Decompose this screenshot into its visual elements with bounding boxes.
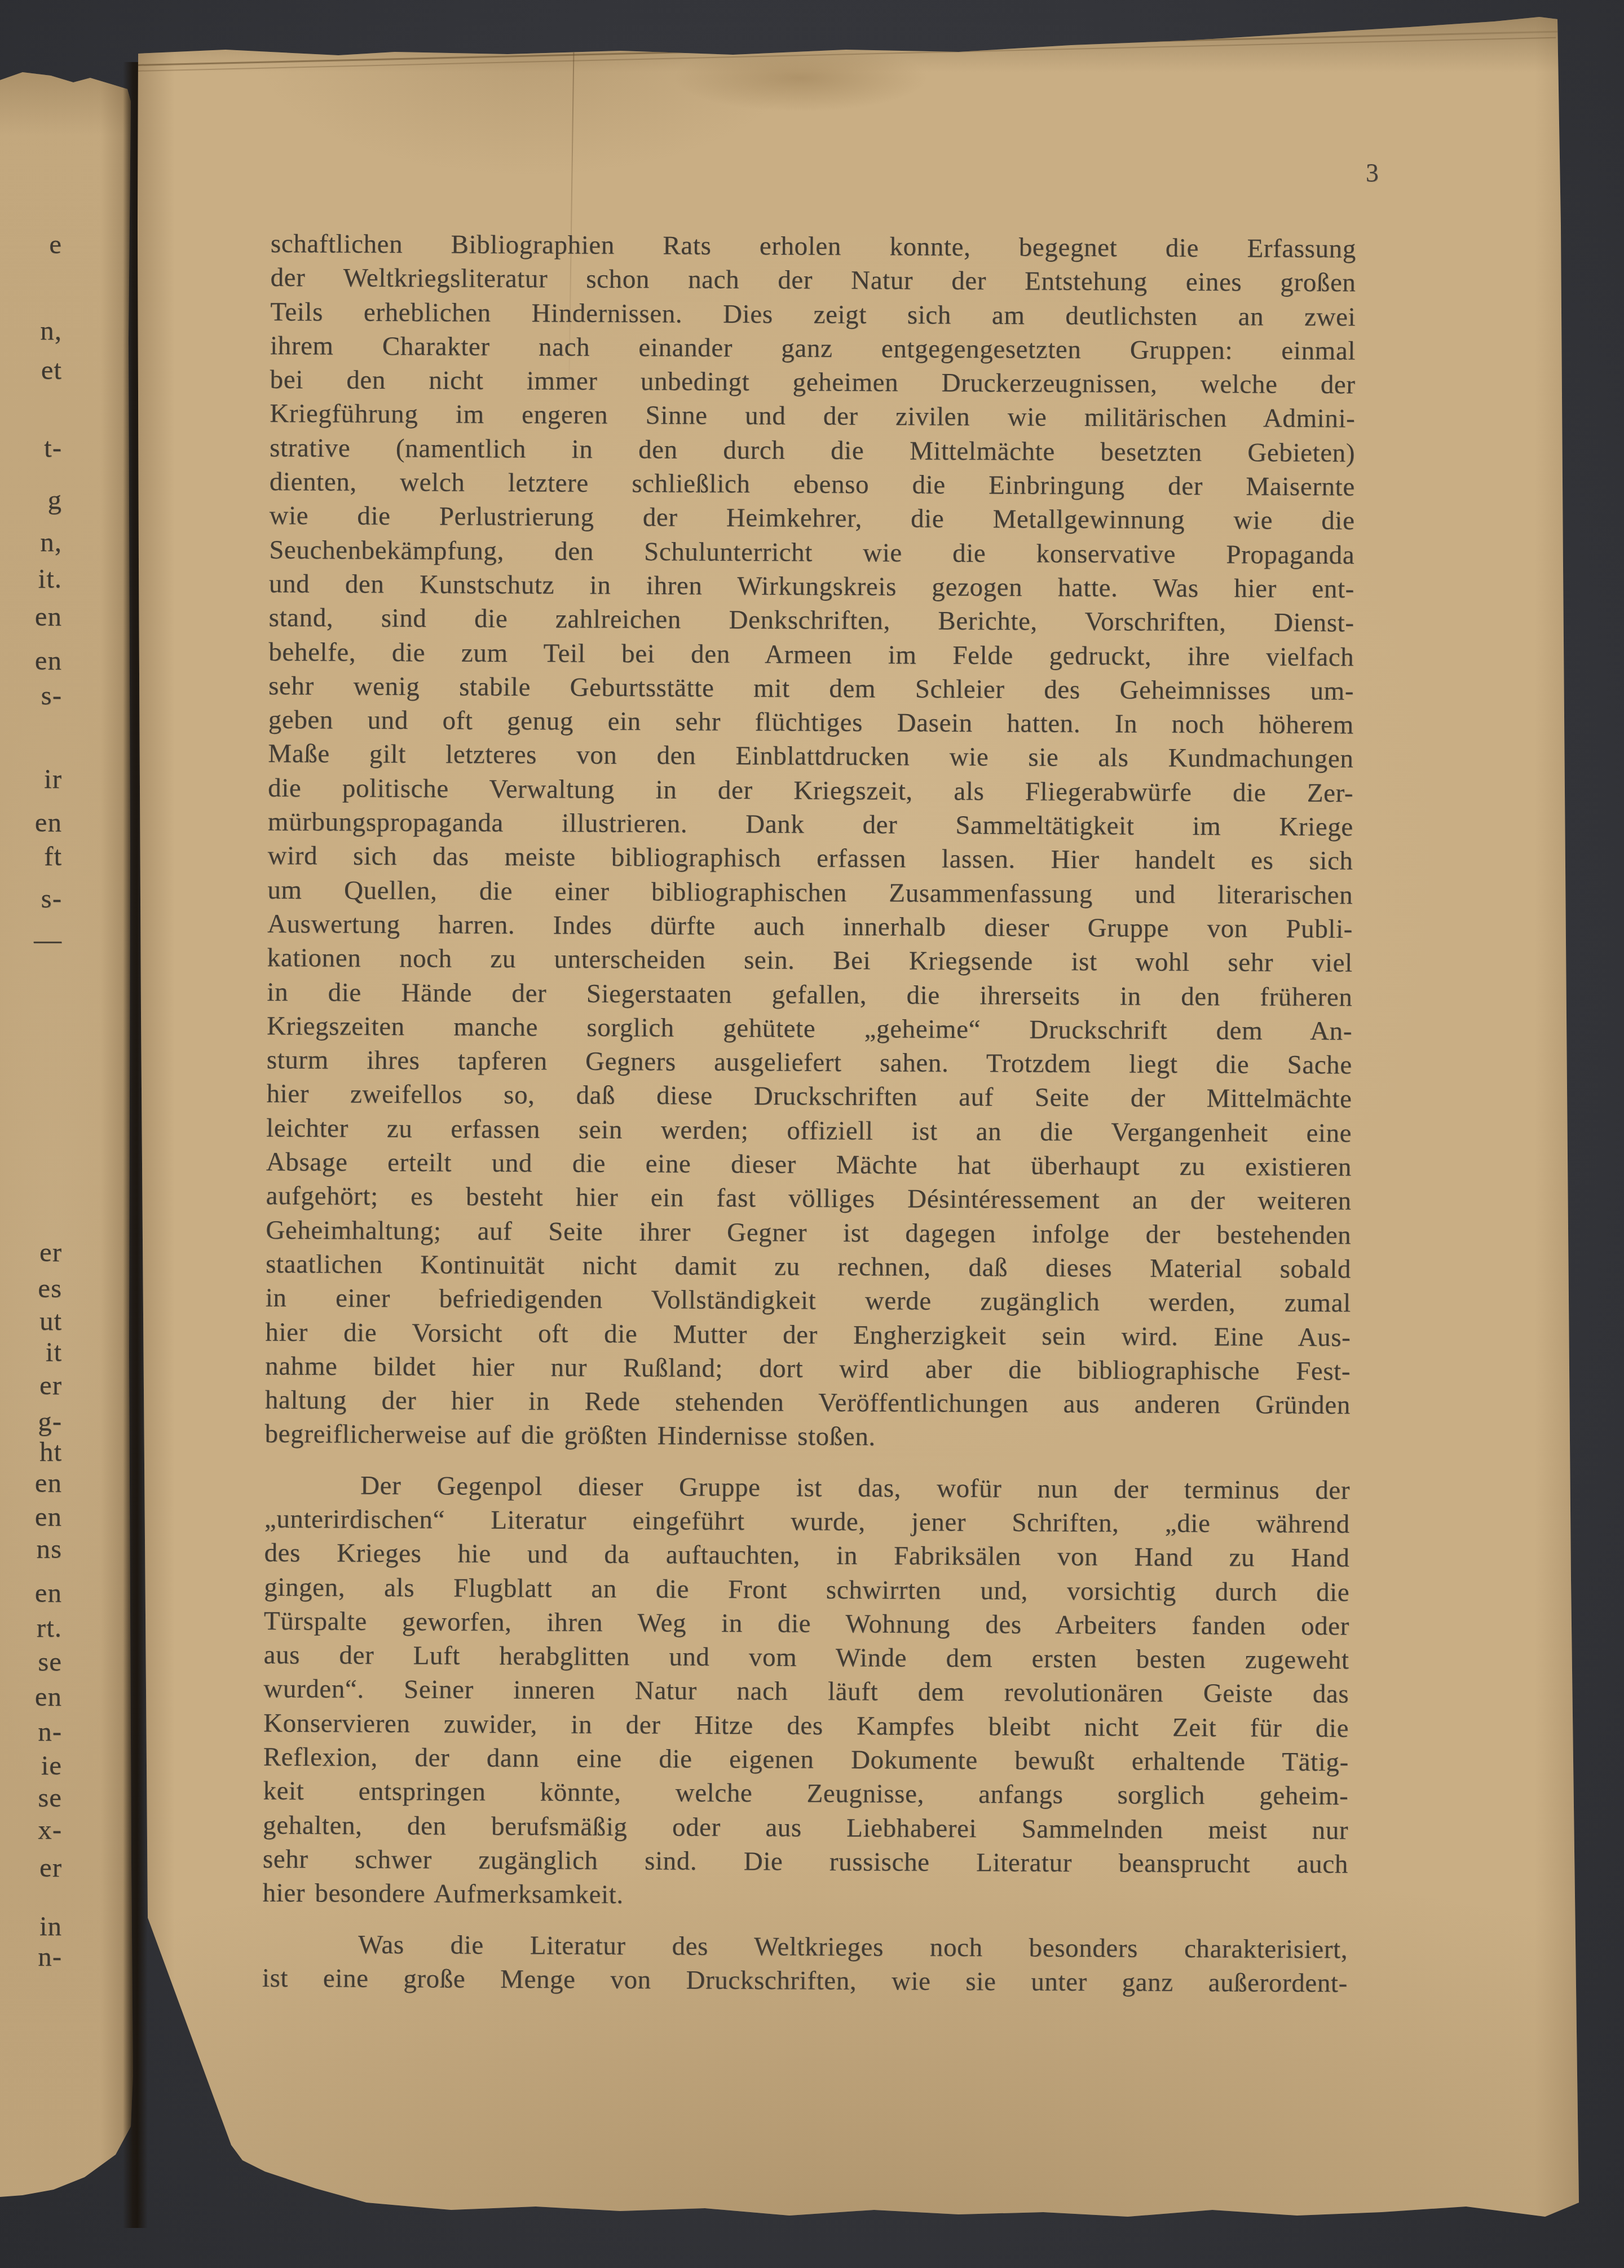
left-page-text-fragment: ns — [36, 1534, 62, 1564]
left-page-text-fragment: en — [35, 602, 62, 631]
text-line: Was die Literatur des Weltkrieges noch b… — [262, 1927, 1348, 1967]
left-page-text-fragment: er — [39, 1238, 62, 1267]
text-line: aufgehört; es besteht hier ein fast völl… — [266, 1179, 1351, 1218]
text-line: Türspalte geworfen, ihren Weg in die Woh… — [264, 1604, 1349, 1644]
left-page-text-fragment: g — [48, 485, 63, 514]
left-page-text-fragment: en — [35, 1682, 62, 1711]
text-line: begreiflicherweise auf die größten Hinde… — [264, 1417, 1350, 1456]
text-line: Geheimhaltung; auf Seite ihrer Gegner is… — [266, 1213, 1351, 1253]
scan-background: en,ett-gn,it.enens-irenfts-—eresutiterg-… — [0, 0, 1624, 2268]
text-line: leichter zu erfassen sein werden; offizi… — [266, 1111, 1352, 1151]
text-line: stand, sind die zahlreichen Denkschrifte… — [268, 601, 1354, 640]
left-page-text-fragment: n- — [38, 1942, 62, 1971]
left-page-text-fragment: en — [35, 646, 62, 675]
text-line: geben und oft genug ein sehr flüchtiges … — [268, 703, 1354, 742]
text-line: dienten, welch letztere schließlich eben… — [270, 465, 1355, 504]
text-line: hier die Vorsicht oft die Mutter der Eng… — [265, 1315, 1351, 1354]
left-page-text-fragment: s- — [41, 681, 62, 710]
left-page-text-fragment: x- — [38, 1815, 62, 1844]
left-page-text-fragment: er — [39, 1853, 62, 1882]
text-line: Kriegszeiten manche sorglich gehütete „g… — [267, 1009, 1352, 1049]
left-page-text-fragment: en — [35, 808, 62, 837]
text-line: hier besondere Aufmerksamkeit. — [262, 1876, 1348, 1915]
paragraph: Der Gegenpol dieser Gruppe ist das, wofü… — [262, 1468, 1350, 1915]
left-page-text-fragment: se — [38, 1647, 62, 1676]
text-line: strative (namentlich in den durch die Mi… — [270, 431, 1355, 470]
left-page-text-fragment: e — [49, 230, 62, 259]
text-line: wurden“. Seiner inneren Natur nach läuft… — [263, 1672, 1349, 1711]
left-page-text-fragment: g- — [38, 1407, 62, 1436]
left-page-text-fragment: ht — [39, 1437, 62, 1467]
left-page-text-fragment: ft — [44, 842, 62, 871]
text-line: Kriegführung im engeren Sinne und der zi… — [270, 397, 1355, 436]
text-line: kationen noch zu unterscheiden sein. Bei… — [267, 941, 1353, 980]
text-line: behelfe, die zum Teil bei den Armeen im … — [268, 635, 1354, 675]
left-page-text-fragment: se — [38, 1783, 62, 1812]
text-line: mürbungspropaganda illustrieren. Dank de… — [268, 805, 1353, 844]
left-page-text-fragment: t- — [44, 433, 62, 463]
text-line: aus der Luft herabglitten und vom Winde … — [263, 1638, 1349, 1677]
text-line: Der Gegenpol dieser Gruppe ist das, wofü… — [264, 1468, 1350, 1508]
left-page-text-fragment: ie — [41, 1751, 62, 1780]
text-line: sturm ihres tapferen Gegners ausgeliefer… — [267, 1043, 1352, 1082]
left-page-text-fragment: er — [39, 1371, 62, 1400]
text-line: Seuchenbekämpfung, den Schulunterricht w… — [269, 533, 1354, 572]
left-page-text-fragment: es — [38, 1274, 62, 1303]
left-page-text-fragment: ir — [44, 764, 62, 794]
text-line: Absage erteilt und die eine dieser Mächt… — [266, 1145, 1352, 1184]
text-line: sehr schwer zugänglich sind. Die russisc… — [263, 1842, 1348, 1882]
text-line: und den Kunstschutz in ihren Wirkungskre… — [269, 567, 1354, 606]
text-line: um Quellen, die einer bibliographischen … — [267, 873, 1353, 913]
text-line: schaftlichen Bibliographien Rats erholen… — [271, 227, 1356, 266]
left-page-text-fragment: et — [41, 355, 62, 385]
text-line: des Krieges hie und da auftauchten, in F… — [264, 1536, 1349, 1575]
text-line: „unterirdischen“ Literatur eingeführt wu… — [264, 1502, 1350, 1542]
left-page-text-fragment: n, — [40, 316, 62, 345]
left-page-text-fragment: it — [46, 1337, 62, 1367]
left-page-text-fragment: en — [35, 1502, 62, 1531]
text-line: gingen, als Flugblatt an die Front schwi… — [264, 1570, 1349, 1610]
left-page-text-fragment: n, — [40, 527, 62, 557]
text-line: nahme bildet hier nur Rußland; dort wird… — [265, 1349, 1351, 1389]
text-line: bei den nicht immer unbedingt geheimen D… — [270, 363, 1356, 402]
text-line: ihrem Charakter nach einander ganz entge… — [270, 329, 1356, 368]
text-line: keit entspringen könnte, welche Zeugniss… — [263, 1774, 1348, 1813]
text-line: Teils erheblichen Hindernissen. Dies zei… — [270, 295, 1356, 334]
paragraph: schaftlichen Bibliographien Rats erholen… — [264, 227, 1356, 1456]
text-line: Konservieren zuwider, in der Hitze des K… — [263, 1706, 1349, 1746]
text-line: in die Hände der Siegerstaaten gefallen,… — [267, 975, 1352, 1015]
left-page-text-fragment: ut — [39, 1306, 62, 1336]
text-line: sehr wenig stabile Geburtsstätte mit dem… — [268, 669, 1354, 708]
top-fold-line-faint — [135, 37, 1556, 72]
text-line: gehalten, den berufsmäßig oder aus Liebh… — [263, 1808, 1348, 1848]
top-fold-line — [135, 30, 1561, 66]
left-page-text-fragment: rt. — [37, 1613, 62, 1642]
text-line: haltung der hier in Rede stehenden Veröf… — [265, 1383, 1351, 1423]
text-line: Reflexion, der dann eine die eigenen Dok… — [263, 1740, 1349, 1780]
left-page-text-fragment: it. — [38, 564, 62, 593]
left-page-text-fragment: in — [39, 1912, 62, 1941]
text-line: in einer befriedigenden Vollständigkeit … — [266, 1281, 1351, 1320]
left-page-text-fragment: n- — [38, 1717, 62, 1746]
text-line: die politische Verwaltung in der Kriegsz… — [268, 771, 1353, 811]
facing-page-edge: en,ett-gn,it.enens-irenfts-—eresutiterg-… — [0, 68, 134, 2205]
text-line: wird sich das meiste bibliographisch erf… — [267, 839, 1353, 878]
book-page: 3 schaftlichen Bibliographien Rats erhol… — [135, 16, 1580, 2224]
text-line: Auswertung harren. Indes dürfte auch inn… — [267, 907, 1353, 946]
text-line: staatlichen Kontinuität nicht damit zu r… — [266, 1247, 1351, 1287]
text-line: wie die Perlustrierung der Heimkehrer, d… — [269, 499, 1354, 538]
text-line: Maße gilt letzteres von den Einblattdruc… — [268, 737, 1353, 776]
page-number: 3 — [1366, 158, 1379, 188]
left-page-text-fragment: — — [34, 925, 62, 954]
text-line: hier zweifellos so, daß diese Druckschri… — [266, 1077, 1352, 1116]
left-page-text-fragment: en — [35, 1468, 62, 1498]
left-page-text-fragment: en — [35, 1578, 62, 1608]
text-block: schaftlichen Bibliographien Rats erholen… — [262, 227, 1356, 2001]
paragraph: Was die Literatur des Weltkrieges noch b… — [262, 1927, 1348, 2001]
text-line: ist eine große Menge von Druckschriften,… — [262, 1961, 1348, 2001]
left-page-text-fragment: s- — [41, 884, 62, 913]
text-line: der Weltkriegsliteratur schon nach der N… — [270, 261, 1356, 300]
